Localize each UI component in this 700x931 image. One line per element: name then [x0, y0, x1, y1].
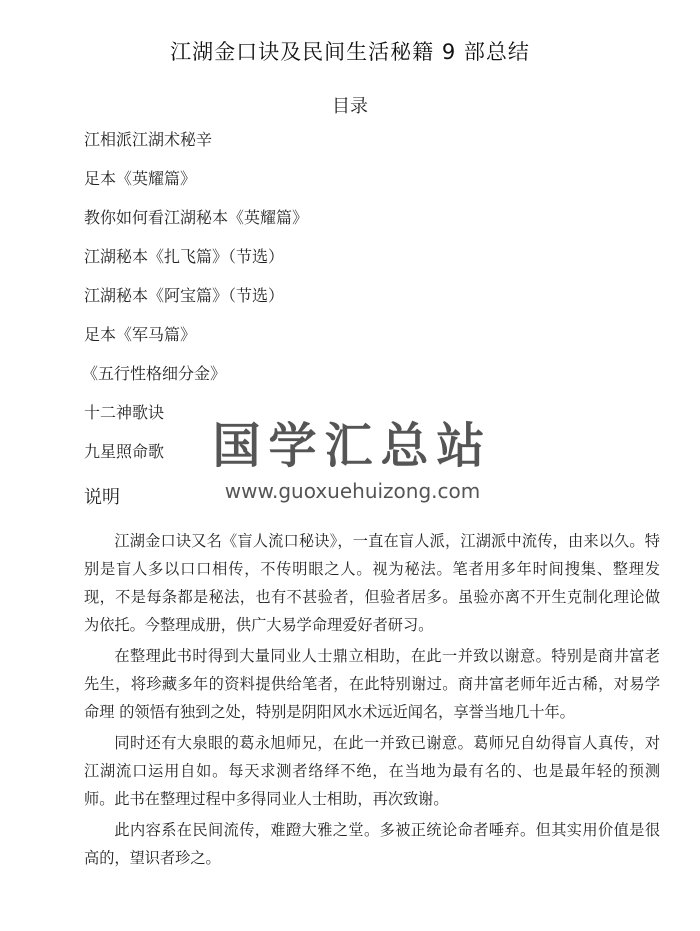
toc-item: 江湖秘本《扎飞篇》（节选） — [84, 246, 308, 285]
document-title: 江湖金口诀及民间生活秘籍 9 部总结 — [0, 36, 700, 66]
watermark-url: www.guoxuehuizong.com — [205, 478, 500, 504]
document-page: 江湖金口诀及民间生活秘籍 9 部总结 目录 江相派江湖术秘辛 足本《英耀篇》 教… — [0, 0, 700, 931]
toc-item: 十二神歌诀 — [84, 402, 308, 441]
toc-heading: 目录 — [0, 92, 700, 118]
toc-item: 江湖秘本《阿宝篇》（节选） — [84, 285, 308, 324]
toc-item: 足本《英耀篇》 — [84, 168, 308, 207]
table-of-contents: 江相派江湖术秘辛 足本《英耀篇》 教你如何看江湖秘本《英耀篇》 江湖秘本《扎飞篇… — [84, 129, 308, 480]
toc-item: 教你如何看江湖秘本《英耀篇》 — [84, 207, 308, 246]
section-heading: 说明 — [84, 483, 120, 509]
toc-item: 九星照命歌 — [84, 441, 308, 480]
section-body: 江湖金口诀又名《盲人流口秘诀》，一直在盲人派，江湖派中流传，由来以久。特别是盲人… — [84, 527, 660, 875]
paragraph: 在整理此书时得到大量同业人士鼎立相助，在此一并致以谢意。特别是商井富老先生，将珍… — [84, 642, 660, 726]
toc-item: 江相派江湖术秘辛 — [84, 129, 308, 168]
paragraph: 江湖金口诀又名《盲人流口秘诀》，一直在盲人派，江湖派中流传，由来以久。特别是盲人… — [84, 527, 660, 639]
paragraph: 此内容系在民间流传，难蹬大雅之堂。多被正统论命者唾弃。但其实用价值是很高的，望识… — [84, 816, 660, 872]
toc-item: 足本《军马篇》 — [84, 324, 308, 363]
toc-item: 《五行性格细分金》 — [82, 363, 308, 402]
paragraph: 同时还有大泉眼的葛永旭师兄，在此一并致已谢意。葛师兄自幼得盲人真传，对江湖流口运… — [84, 729, 660, 813]
